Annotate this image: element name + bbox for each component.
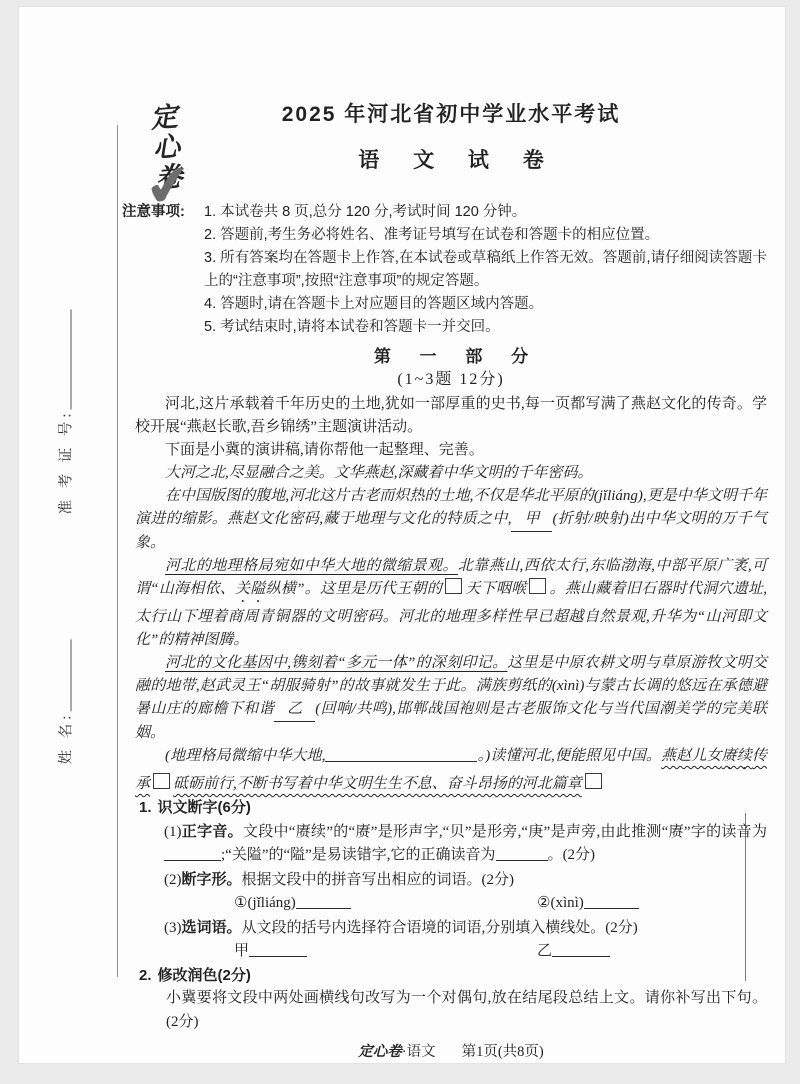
question-1-number: 1. bbox=[139, 799, 152, 816]
emphasized-word-2: 赓续 bbox=[722, 748, 752, 764]
draft-paragraph-4: 河北的文化基因中,镌刻着“多元一体”的深刻印记。这里是中原农耕文明与草原游牧文明… bbox=[135, 652, 767, 745]
passage-block: 河北,这片承载着千年历史的土地,犹如一部厚重的史书,每一页都写满了燕赵文化的传奇… bbox=[135, 393, 767, 796]
exam-number-field: 准 考 证 号: bbox=[55, 310, 76, 515]
blank-line-long bbox=[325, 747, 477, 762]
pinyin-item-2: ②(xìnì) bbox=[537, 895, 584, 911]
yi-label: 乙 bbox=[537, 943, 552, 959]
draft-paragraph-3: 河北的地理格局宛如中华大地的微缩景观。北靠燕山,西依太行,东临渤海,中部平原广袤… bbox=[135, 555, 767, 652]
blank-line bbox=[496, 846, 548, 861]
blank-line bbox=[584, 894, 639, 909]
question-1-1: (1)正字音。文段中“赓续”的“赓”是形声字,“贝”是形旁,“庚”是声旁,由此推… bbox=[164, 820, 767, 868]
exam-paper-page: 准 考 证 号: 姓 名: 定心卷 ✔ 2025 年河北省初中学业水平考试 语 … bbox=[18, 6, 786, 1064]
answer-item-2: ②(xìnì) bbox=[537, 895, 639, 911]
pinyin-item-1: ①(jǐliáng) bbox=[234, 895, 296, 911]
scan-background: 准 考 证 号: 姓 名: 定心卷 ✔ 2025 年河北省初中学业水平考试 语 … bbox=[0, 0, 800, 1084]
draft-p3-text-2: 纵横”。这里是历代王朝的 bbox=[266, 581, 442, 597]
task-paragraph: 下面是小冀的演讲稿,请你帮他一起整理、完善。 bbox=[135, 439, 767, 462]
question-2-number: 2. bbox=[139, 967, 152, 984]
q1-3-text: 从文段的括号内选择符合语境的词语,分别填入横线处。(2分) bbox=[242, 920, 638, 936]
question-2-name: 修改润色(2分) bbox=[158, 967, 251, 984]
question-1-2-answers: ①(jǐliáng)②(xìnì) bbox=[234, 892, 767, 916]
q1-2-lead: 断字形。 bbox=[182, 871, 242, 888]
q1-1-lead: 正字音。 bbox=[182, 823, 243, 840]
notes-list: 1. 本试卷共 8 页,总分 120 分,考试时间 120 分钟。 2. 答题前… bbox=[204, 201, 767, 339]
blank-line bbox=[249, 942, 307, 957]
question-1-3-answers: 甲乙 bbox=[234, 940, 767, 964]
note-item-2: 2. 答题前,考生务必将姓名、准考证号填写在试卷和答题卡的相应位置。 bbox=[204, 224, 767, 247]
blank-yi: 乙 bbox=[274, 698, 315, 722]
punctuation-box bbox=[585, 773, 602, 789]
question-1-2: (2)断字形。根据文段中的拼音写出相应的词语。(2分) bbox=[164, 868, 767, 893]
draft-p5-text-1: (地理格局微缩中华大地, bbox=[165, 748, 325, 764]
jia-label: 甲 bbox=[234, 943, 249, 959]
q1-1-text-1: 文段中“赓续”的“赓”是形声字,“贝”是形旁,“庚”是声旁,由此推测“赓”字的读… bbox=[243, 824, 767, 840]
seal-line-vertical bbox=[117, 125, 118, 977]
blank-line bbox=[552, 942, 610, 957]
question-1-title: 1.识文断字(6分) bbox=[139, 796, 767, 820]
q1-1-label: (1) bbox=[164, 824, 182, 840]
exam-title: 2025 年河北省初中学业水平考试 bbox=[135, 101, 767, 129]
draft-p3-text-3: 天下咽喉 bbox=[465, 581, 526, 597]
note-item-5: 5. 考试结束时,请将本试卷和答题卡一并交回。 bbox=[204, 316, 767, 339]
part-one-range: (1~3题 12分) bbox=[135, 369, 767, 391]
page-footer: 定心卷·语文第1页(共8页) bbox=[135, 1042, 767, 1062]
exam-number-blank-line bbox=[59, 310, 72, 410]
q1-3-lead: 选词语。 bbox=[182, 919, 242, 936]
footer-page-number: 第1页(共8页) bbox=[462, 1044, 544, 1060]
name-blank-line bbox=[59, 640, 72, 712]
notes-block: 注意事项: 1. 本试卷共 8 页,总分 120 分,考试时间 120 分钟。 … bbox=[122, 201, 767, 339]
draft-paragraph-5: (地理格局微缩中华大地,。)读懂河北,便能照见中国。燕赵儿女赓续传承砥砺前行,不… bbox=[135, 745, 767, 796]
draft-p5-text-2: 。)读懂河北,便能照见中国。 bbox=[477, 748, 661, 764]
question-2-body: 小冀要将文段中两处画横线句改写为一个对偶句,放在结尾段总结上文。请你补写出下句。… bbox=[166, 987, 767, 1034]
footer-subject: ·语文 bbox=[402, 1044, 436, 1060]
wavy-text-3: 砥砺前行,不断书写着中华文明生生不息、奋斗昂扬的河北篇章 bbox=[173, 776, 582, 792]
note-item-1: 1. 本试卷共 8 页,总分 120 分,考试时间 120 分钟。 bbox=[204, 201, 767, 224]
underlined-sentence-1: 河北的地理格局宛如中华大地的微缩景观。 bbox=[165, 558, 458, 574]
part-one-title: 第 一 部 分 bbox=[135, 345, 767, 369]
draft-paragraph-1: 大河之北,尽显融合之美。文华燕赵,深藏着中华文明的千年密码。 bbox=[135, 462, 767, 485]
q1-2-text: 根据文段中的拼音写出相应的词语。(2分) bbox=[242, 872, 515, 888]
footer-brand: 定心卷 bbox=[358, 1044, 402, 1060]
answer-jia: 甲 bbox=[234, 940, 537, 964]
question-1: 1.识文断字(6分) (1)正字音。文段中“赓续”的“赓”是形声字,“贝”是形旁… bbox=[135, 796, 767, 964]
main-content: 2025 年河北省初中学业水平考试 语 文 试 卷 注意事项: 1. 本试卷共 … bbox=[135, 7, 767, 1062]
exam-number-label: 准 考 证 号: bbox=[59, 410, 75, 515]
name-field: 姓 名: bbox=[55, 640, 76, 765]
question-1-name: 识文断字(6分) bbox=[158, 799, 251, 816]
punctuation-box bbox=[529, 578, 546, 594]
emphasized-word-1: 关隘 bbox=[235, 581, 266, 597]
blank-jia: 甲 bbox=[511, 508, 552, 532]
question-2-title: 2.修改润色(2分) bbox=[139, 964, 767, 988]
answer-yi: 乙 bbox=[537, 943, 610, 959]
note-item-4: 4. 答题时,请在答题卡上对应题目的答题区域内答题。 bbox=[204, 293, 767, 316]
q1-2-label: (2) bbox=[164, 872, 182, 888]
blank-line bbox=[296, 894, 351, 909]
wavy-text-1: 燕赵儿女 bbox=[661, 748, 722, 764]
answer-item-1: ①(jǐliáng) bbox=[234, 892, 537, 916]
q1-1-text-2: ;“关隘”的“隘”是易读错字,它的正确读音为 bbox=[221, 847, 496, 863]
punctuation-box bbox=[445, 578, 462, 594]
notes-label: 注意事项: bbox=[122, 201, 204, 339]
draft-paragraph-2: 在中国版图的腹地,河北这片古老而炽热的土地,不仅是华北平原的(jǐliáng),… bbox=[135, 485, 767, 555]
q1-1-text-3: 。(2分) bbox=[548, 847, 596, 863]
underlined-sentence-2: 河北的文化基因中,镌刻着“多元一体”的深刻印记。 bbox=[165, 655, 507, 671]
question-2: 2.修改润色(2分) 小冀要将文段中两处画横线句改写为一个对偶句,放在结尾段总结… bbox=[135, 964, 767, 1035]
name-label: 姓 名: bbox=[59, 712, 75, 765]
punctuation-box bbox=[153, 773, 170, 789]
q1-3-label: (3) bbox=[164, 920, 182, 936]
question-1-3: (3)选词语。从文段的括号内选择符合语境的词语,分别填入横线处。(2分) bbox=[164, 916, 767, 941]
intro-paragraph: 河北,这片承载着千年历史的土地,犹如一部厚重的史书,每一页都写满了燕赵文化的传奇… bbox=[135, 393, 767, 439]
blank-line bbox=[164, 846, 221, 861]
note-item-3: 3. 所有答案均在答题卡上作答,在本试卷或草稿纸上作答无效。答题前,请仔细阅读答… bbox=[204, 247, 767, 293]
subject-title: 语 文 试 卷 bbox=[135, 147, 767, 175]
